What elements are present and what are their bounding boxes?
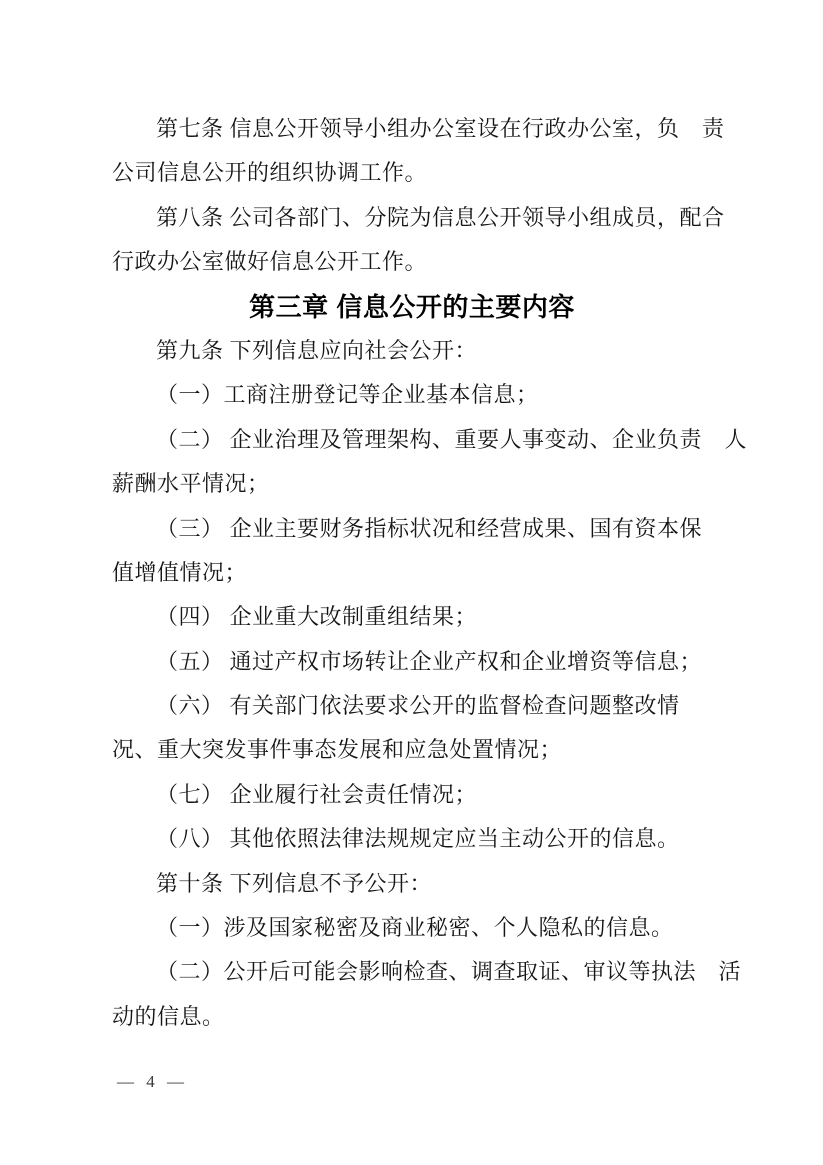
line-item-7: （七） 企业履行社会责任情况； — [112, 773, 712, 817]
line-item-3-continuation: 值增值情况； — [112, 551, 712, 595]
line-article-8-continuation: 行政办公室做好信息公开工作。 — [112, 240, 712, 284]
line-item-6-continuation: 况、重大突发事件事态发展和应急处置情况； — [112, 728, 712, 772]
line-article-10-item-1: （一）涉及国家秘密及商业秘密、个人隐私的信息。 — [112, 906, 712, 950]
page-number: — 4 — — [117, 1069, 185, 1095]
document-body: 第七条 信息公开领导小组办公室设在行政办公室，负 责 公司信息公开的组织协调工作… — [112, 107, 712, 1039]
line-item-3: （三） 企业主要财务指标状况和经营成果、国有资本保 — [112, 507, 712, 551]
line-article-7: 第七条 信息公开领导小组办公室设在行政办公室，负 责 — [112, 107, 712, 151]
line-item-5: （五） 通过产权市场转让企业产权和企业增资等信息； — [112, 640, 712, 684]
line-item-2: （二） 企业治理及管理架构、重要人事变动、企业负责 人 — [112, 418, 712, 462]
line-article-10: 第十条 下列信息不予公开： — [112, 862, 712, 906]
document-page: 第七条 信息公开领导小组办公室设在行政办公室，负 责 公司信息公开的组织协调工作… — [0, 0, 823, 1165]
line-item-2-continuation: 薪酬水平情况； — [112, 462, 712, 506]
line-item-8: （八） 其他依照法律法规规定应当主动公开的信息。 — [112, 817, 712, 861]
heading-chapter-3: 第三章 信息公开的主要内容 — [112, 285, 712, 329]
line-article-8: 第八条 公司各部门、分院为信息公开领导小组成员，配合 — [112, 196, 712, 240]
line-item-1: （一）工商注册登记等企业基本信息； — [112, 373, 712, 417]
line-article-9: 第九条 下列信息应向社会公开： — [112, 329, 712, 373]
line-item-6: （六） 有关部门依法要求公开的监督检查问题整改情 — [112, 684, 712, 728]
line-article-10-item-2-continuation: 动的信息。 — [112, 995, 712, 1039]
line-article-7-continuation: 公司信息公开的组织协调工作。 — [112, 151, 712, 195]
line-article-10-item-2: （二）公开后可能会影响检查、调查取证、审议等执法 活 — [112, 950, 712, 994]
line-item-4: （四） 企业重大改制重组结果； — [112, 595, 712, 639]
